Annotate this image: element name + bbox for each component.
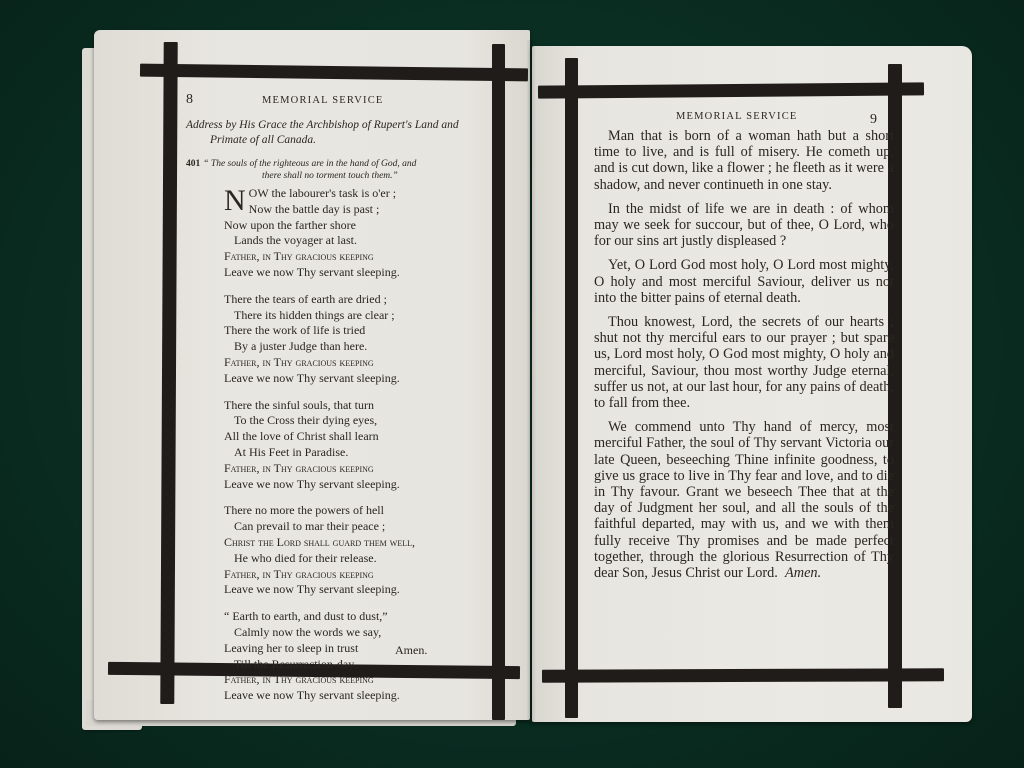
hymn-number: 401 <box>186 159 200 169</box>
epigraph-line-2: there shall no torment touch them.” <box>186 170 486 182</box>
hymn-line: Can prevail to mar their peace ; <box>224 519 494 535</box>
hymn-refrain-line: Father, in Thy gracious keeping <box>224 672 494 688</box>
hymn-line: To the Cross their dying eyes, <box>224 413 494 429</box>
hymn-line: Lands the voyager at last. <box>224 233 494 249</box>
burial-sentences: Man that is born of a woman hath but a s… <box>594 128 894 589</box>
book-gutter <box>526 40 536 726</box>
hymn-line: There its hidden things are clear ; <box>224 308 494 324</box>
hymn-refrain-line: Leave we now Thy servant sleeping. <box>224 582 494 598</box>
hymn-line: Calmly now the words we say, <box>224 625 494 641</box>
hymn-amen: Amen. <box>395 643 427 658</box>
hymn-line: OW the labourer's task is o'er ; <box>224 186 494 202</box>
hymn-stanza: There the tears of earth are dried ; The… <box>224 292 494 387</box>
page-number-left: 8 <box>186 92 193 108</box>
hymn-refrain-line: Leave we now Thy servant sleeping. <box>224 477 494 493</box>
running-head-left: MEMORIAL SERVICE <box>262 95 384 106</box>
hymn-stanza: N OW the labourer's task is o'er ; Now t… <box>224 186 494 281</box>
epigraph-line-1: “ The souls of the righteous are in the … <box>203 159 416 169</box>
page-number-right: 9 <box>870 112 877 128</box>
hymn-line: Till the Resurrection-day. <box>224 657 494 673</box>
right-frame-bottom-bar <box>542 668 944 682</box>
hymn-line: Leaving her to sleep in trust <box>224 641 494 657</box>
address-heading: Address by His Grace the Archbishop of R… <box>186 118 486 148</box>
hymn-line: All the love of Christ shall learn <box>224 429 494 445</box>
prose-paragraph-final: We commend unto Thy hand of mercy, most … <box>594 419 894 581</box>
hymn-refrain-line: Father, in Thy gracious keeping <box>224 249 494 265</box>
hymn-refrain-line: Leave we now Thy servant sleeping. <box>224 371 494 387</box>
hymn-line: There no more the powers of hell <box>224 503 494 519</box>
address-line-2: Primate of all Canada. <box>186 133 486 148</box>
hymn-refrain-line: Father, in Thy gracious keeping <box>224 355 494 371</box>
prose-paragraph: Man that is born of a woman hath but a s… <box>594 128 894 193</box>
prose-paragraph: Yet, O Lord God most holy, O Lord most m… <box>594 257 894 306</box>
commendation-text: We commend unto Thy hand of mercy, most … <box>594 419 894 581</box>
hymn-stanza: There no more the powers of hell Can pre… <box>224 503 494 598</box>
drop-cap: N <box>224 188 246 216</box>
hymn-line: Christ the Lord shall guard them well, <box>224 535 494 551</box>
hymn-refrain-line: Father, in Thy gracious keeping <box>224 461 494 477</box>
right-frame-left-bar <box>565 58 578 718</box>
prose-paragraph: In the midst of life we are in death : o… <box>594 201 894 250</box>
hymn-line: There the tears of earth are dried ; <box>224 292 494 308</box>
hymn-refrain-line: Leave we now Thy servant sleeping. <box>224 688 494 704</box>
address-line-1: Address by His Grace the Archbishop of R… <box>186 118 486 133</box>
hymn-stanza: “ Earth to earth, and dust to dust,” Cal… <box>224 609 494 704</box>
hymn-refrain-line: Father, in Thy gracious keeping <box>224 567 494 583</box>
hymn-line: By a juster Judge than here. <box>224 339 494 355</box>
hymn-line: He who died for their release. <box>224 551 494 567</box>
hymn-line: Now upon the farther shore <box>224 218 494 234</box>
hymn-line: There the work of life is tried <box>224 323 494 339</box>
hymn-line: At His Feet in Paradise. <box>224 445 494 461</box>
running-head-right: MEMORIAL SERVICE <box>676 111 798 122</box>
hymn-line: There the sinful souls, that turn <box>224 398 494 414</box>
hymn-refrain-line: Leave we now Thy servant sleeping. <box>224 265 494 281</box>
hymn-line: “ Earth to earth, and dust to dust,” <box>224 609 494 625</box>
closing-amen: Amen. <box>785 565 821 581</box>
hymn-text: N OW the labourer's task is o'er ; Now t… <box>224 186 494 715</box>
hymn-line: Now the battle day is past ; <box>224 202 494 218</box>
hymn-epigraph: 401“ The souls of the righteous are in t… <box>186 158 486 182</box>
prose-paragraph: Thou knowest, Lord, the secrets of our h… <box>594 314 894 411</box>
hymn-stanza: There the sinful souls, that turn To the… <box>224 398 494 493</box>
